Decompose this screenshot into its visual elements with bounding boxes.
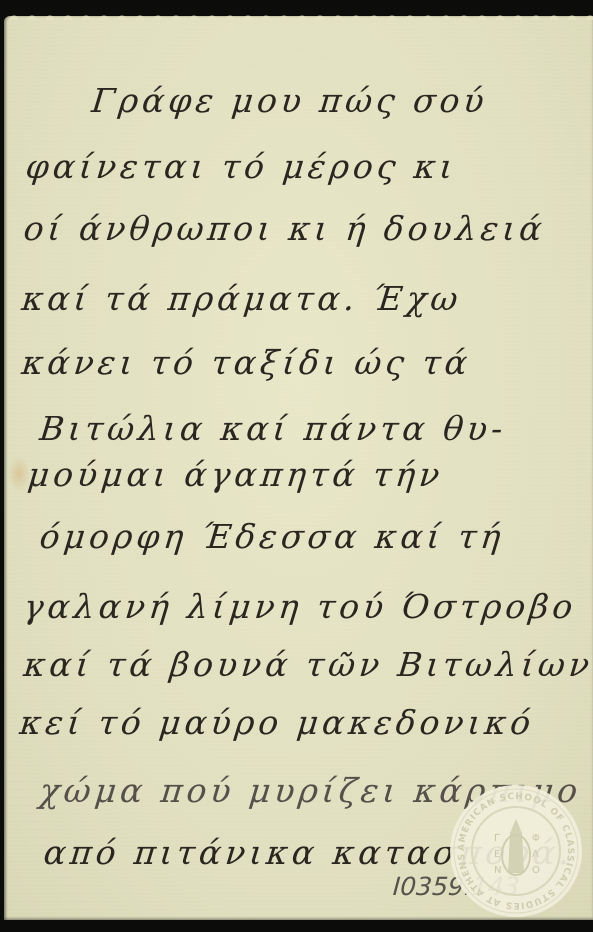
letter-line-6: Βιτώλια καί πάντα θυ-	[38, 412, 508, 445]
letter-line-10: καί τά βουνά τῶν Βιτωλίων	[22, 648, 593, 681]
scanned-document: Γράφε μου πώς σού φαίνεται τό μέρος κι ο…	[0, 0, 593, 932]
letter-line-3: οί άνθρωποι κι ή δουλειά	[22, 212, 547, 245]
letter-line-5: κάνει τό ταξίδι ώς τά	[20, 346, 473, 379]
svg-text:Ο: Ο	[532, 865, 540, 876]
svg-text:Φ: Φ	[532, 833, 540, 844]
letter-line-11: κεί τό μαύρο μακεδονικό	[18, 706, 536, 739]
letter-line-9: γαλανή λίμνη τού Όστροβο	[22, 590, 578, 623]
svg-text:Ε: Ε	[494, 849, 500, 860]
letter-line-4: καί τά πράματα. Έχω	[20, 282, 463, 315]
letter-line-8: όμορφη Έδεσσα καί τή	[38, 520, 506, 553]
svg-text:Ν: Ν	[494, 865, 501, 876]
svg-text:Λ: Λ	[532, 849, 539, 860]
letter-line-1: Γράφε μου πώς σού	[90, 84, 489, 117]
svg-text:Γ: Γ	[494, 833, 500, 844]
letter-line-2: φαίνεται τό μέρος κι	[24, 150, 458, 183]
letter-line-7: μούμαι άγαπητά τήν	[26, 458, 445, 491]
library-seal-stamp: AMERICAN SCHOOL OF CLASSICAL STUDIES AT …	[440, 783, 592, 919]
